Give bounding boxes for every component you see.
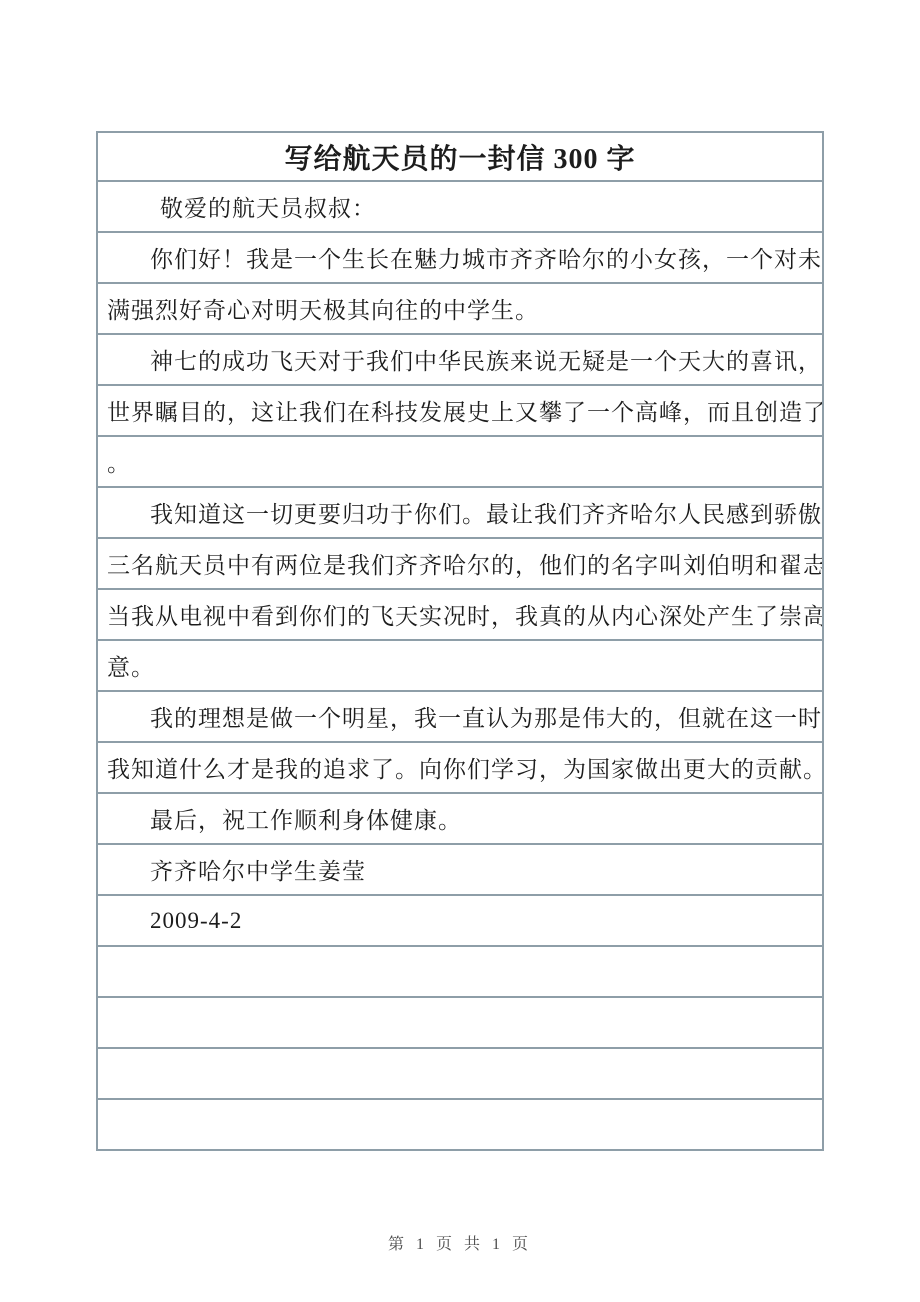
letter-line-empty [98, 1098, 822, 1149]
letter-line: 三名航天员中有两位是我们齐齐哈尔的，他们的名字叫刘伯明和翟志刚。 [98, 537, 822, 588]
letter-line-closing: 最后，祝工作顺利身体健康。 [98, 792, 822, 843]
letter-line-salutation: 敬爱的航天员叔叔： [98, 180, 822, 231]
page-number-footer: 第 1 页 共 1 页 [0, 1231, 920, 1254]
letter-document-table: 写给航天员的一封信 300 字 敬爱的航天员叔叔： 你们好！我是一个生长在魅力城… [96, 131, 824, 1151]
letter-line: 你们好！我是一个生长在魅力城市齐齐哈尔的小女孩，一个对未来充 [98, 231, 822, 282]
letter-line-empty [98, 945, 822, 996]
letter-line: 意。 [98, 639, 822, 690]
document-title: 写给航天员的一封信 300 字 [98, 133, 822, 180]
letter-line-empty [98, 1047, 822, 1098]
letter-line: 当我从电视中看到你们的飞天实况时，我真的从内心深处产生了崇高的敬 [98, 588, 822, 639]
letter-line: 我的理想是做一个明星，我一直认为那是伟大的，但就在这一时刻， [98, 690, 822, 741]
letter-line: 我知道这一切更要归功于你们。最让我们齐齐哈尔人民感到骄傲的是 [98, 486, 822, 537]
letter-line: 世界瞩目的，这让我们在科技发展史上又攀了一个高峰，而且创造了奇迹 [98, 384, 822, 435]
letter-line: 我知道什么才是我的追求了。向你们学习，为国家做出更大的贡献。 [98, 741, 822, 792]
letter-line: 。 [98, 435, 822, 486]
letter-line-signature: 齐齐哈尔中学生姜莹 [98, 843, 822, 894]
letter-line-empty [98, 996, 822, 1047]
letter-line: 神七的成功飞天对于我们中华民族来说无疑是一个天大的喜讯，更是 [98, 333, 822, 384]
letter-line-date: 2009-4-2 [98, 894, 822, 945]
letter-line: 满强烈好奇心对明天极其向往的中学生。 [98, 282, 822, 333]
